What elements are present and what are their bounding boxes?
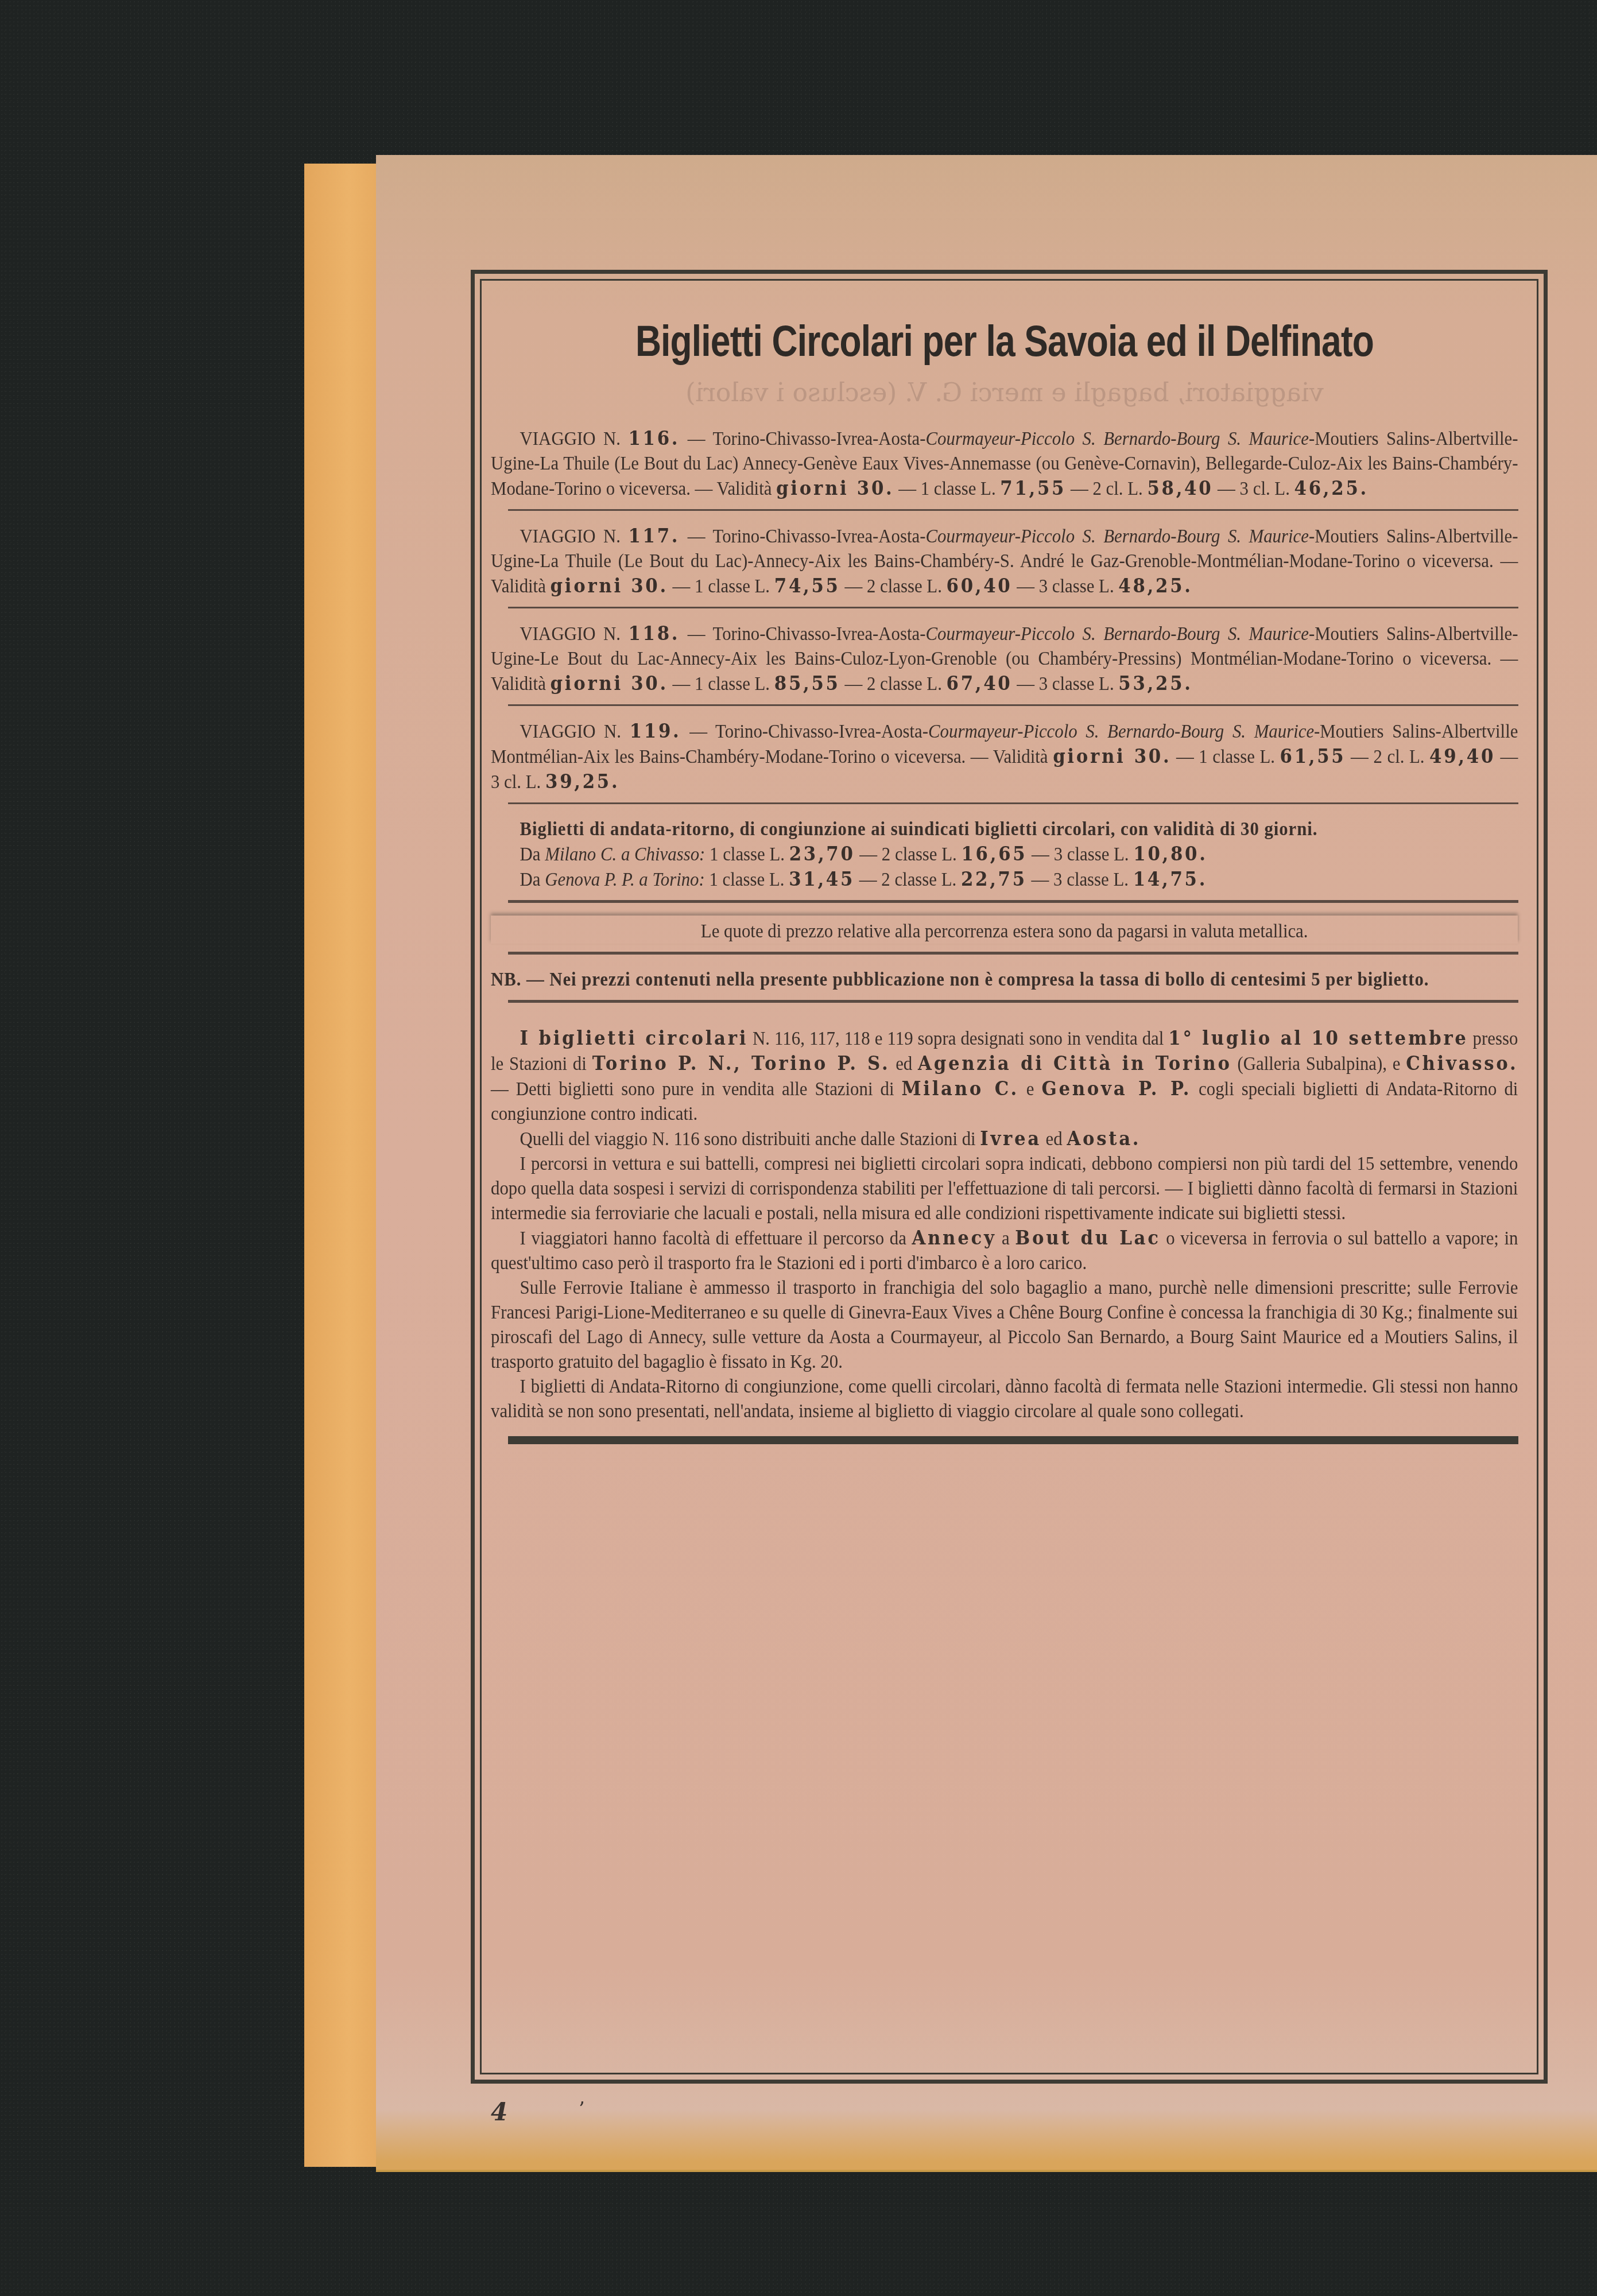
trip-number: 117. <box>628 525 680 547</box>
price-label: 1 classe L. <box>710 869 789 890</box>
price-label: — 1 classe L. <box>668 576 774 597</box>
price-value: 71,55 <box>1000 477 1066 499</box>
paragraph: Quelli del viaggio N. 116 sono distribui… <box>491 1126 1518 1151</box>
trip-entry: VIAGGIO N. 116. — Torino-Chivasso-Ivrea-… <box>491 426 1518 501</box>
price-value: 22,75 <box>961 868 1027 890</box>
divider <box>508 509 1518 511</box>
price-label: — 3 classe L. <box>1032 869 1133 890</box>
trip-validity: giorni 30. <box>1053 745 1171 767</box>
bold-text: Aosta. <box>1067 1127 1141 1150</box>
fare-route: Milano C. a Chivasso: <box>545 844 710 865</box>
bleed-through-text: viaggiatori, bagagli e merci G. V. (escl… <box>491 373 1518 413</box>
price-label: — 2 cl. L. <box>1066 478 1147 499</box>
divider <box>508 607 1518 608</box>
text: I viaggiatori hanno facoltà di effettuar… <box>520 1228 912 1249</box>
trip-validity: giorni 30. <box>551 575 668 597</box>
text: e <box>1019 1079 1042 1100</box>
trip-entry: VIAGGIO N. 117. — Torino-Chivasso-Ivrea-… <box>491 523 1518 599</box>
price-value: 10,80. <box>1133 843 1207 865</box>
valuta-note: Le quote di prezzo relative alla percorr… <box>491 916 1518 944</box>
price-value: 48,25. <box>1118 575 1192 597</box>
bold-text: Genova P. P. <box>1041 1077 1191 1100</box>
page-content: Biglietti Circolari per la Savoia ed il … <box>491 310 1518 1457</box>
text: I biglietti di Andata-Ritorno di congiun… <box>491 1376 1518 1422</box>
text: Quelli del viaggio N. 116 sono distribui… <box>520 1128 980 1150</box>
trip-label: VIAGGIO N. <box>520 428 629 449</box>
fare-from: Da <box>520 869 545 890</box>
price-label: — 1 classe L. <box>894 478 1000 499</box>
price-label: — 3 classe L. <box>1032 844 1133 865</box>
price-value: 23,70 <box>789 843 855 865</box>
text: a <box>997 1228 1015 1249</box>
backing-sheet-edge <box>304 164 379 2167</box>
price-label: — 2 cl. L. <box>1346 746 1429 767</box>
closing-bar <box>508 1436 1518 1444</box>
price-value: 74,55 <box>774 575 840 597</box>
paragraph: I percorsi in vettura e sui battelli, co… <box>491 1151 1518 1225</box>
price-value: 60,40 <box>947 575 1013 597</box>
price-label: — 3 cl. L. <box>1213 478 1294 499</box>
trip-route: — Torino-Chivasso-Ivrea-Aosta- <box>681 721 928 742</box>
price-label: — 1 classe L. <box>668 673 774 695</box>
trip-number: 119. <box>630 720 681 742</box>
bold-text: Ivrea <box>980 1127 1041 1150</box>
trip-label: VIAGGIO N. <box>520 526 629 547</box>
trip-route-italic: Courmayeur-Piccolo S. Bernardo-Bourg S. … <box>926 428 1309 449</box>
fare-from: Da <box>520 844 545 865</box>
ink-mark: ’ <box>579 2098 585 2121</box>
trip-route-italic: Courmayeur-Piccolo S. Bernardo-Bourg S. … <box>926 623 1309 645</box>
paragraph: Sulle Ferrovie Italiane è ammesso il tra… <box>491 1275 1518 1374</box>
bold-text: Torino P. N., Torino P. S. <box>592 1052 890 1075</box>
price-value: 61,55 <box>1280 745 1346 767</box>
trip-route: — Torino-Chivasso-Ivrea-Aosta- <box>680 428 925 449</box>
andata-ritorno-section: Biglietti di andata-ritorno, di congiunz… <box>491 817 1518 892</box>
nb-note: NB. — Nei prezzi contenuti nella present… <box>491 967 1518 992</box>
trip-number: 116. <box>628 427 680 449</box>
price-label: — 2 classe L. <box>859 844 961 865</box>
trip-entry: VIAGGIO N. 119. — Torino-Chivasso-Ivrea-… <box>491 719 1518 794</box>
conditions-text: I biglietti circolari N. 116, 117, 118 e… <box>491 1026 1518 1424</box>
text: N. 116, 117, 118 e 119 sopra designati s… <box>748 1028 1168 1049</box>
divider <box>508 900 1518 903</box>
text: ed <box>890 1053 918 1075</box>
bold-text: Chivasso. <box>1406 1052 1518 1075</box>
trip-route-italic: Courmayeur-Piccolo S. Bernardo-Bourg S. … <box>926 526 1309 547</box>
price-label: — 3 classe L. <box>1012 576 1118 597</box>
nb-note-block: NB. — Nei prezzi contenuti nella present… <box>491 967 1518 992</box>
price-value: 67,40 <box>947 672 1013 695</box>
trip-label: VIAGGIO N. <box>520 623 629 645</box>
trip-route-italic: Courmayeur-Piccolo S. Bernardo-Bourg S. … <box>928 721 1314 742</box>
andata-ritorno-rows: Da Milano C. a Chivasso: 1 classe L. 23,… <box>491 841 1518 892</box>
trip-number: 118. <box>628 622 680 645</box>
text: (Galleria Subalpina), e <box>1232 1053 1406 1075</box>
bold-text: Annecy <box>912 1227 996 1249</box>
trip-validity: giorni 30. <box>776 477 894 499</box>
text: I percorsi in vettura e sui battelli, co… <box>491 1153 1518 1224</box>
price-label: — 2 classe L. <box>840 673 947 695</box>
bold-text: I biglietti circolari <box>520 1027 748 1049</box>
price-value: 39,25. <box>545 770 619 793</box>
paragraph: I biglietti di Andata-Ritorno di congiun… <box>491 1374 1518 1424</box>
text: Sulle Ferrovie Italiane è ammesso il tra… <box>491 1277 1518 1372</box>
trip-route: — Torino-Chivasso-Ivrea-Aosta- <box>680 526 925 547</box>
price-value: 53,25. <box>1118 672 1192 695</box>
fare-route: Genova P. P. a Torino: <box>545 869 709 890</box>
price-label: — 3 classe L. <box>1012 673 1118 695</box>
divider <box>508 1000 1518 1003</box>
text: ed <box>1041 1128 1067 1150</box>
text: — Detti biglietti sono pure in vendita a… <box>491 1079 901 1100</box>
andata-ritorno-heading: Biglietti di andata-ritorno, di congiunz… <box>491 817 1518 841</box>
price-label: — 2 classe L. <box>859 869 961 890</box>
bold-text: Milano C. <box>901 1077 1018 1100</box>
price-label: 1 classe L. <box>710 844 789 865</box>
valuta-note-block: Le quote di prezzo relative alla percorr… <box>491 916 1518 944</box>
fare-row: Da Genova P. P. a Torino: 1 classe L. 31… <box>491 867 1518 892</box>
price-value: 85,55 <box>774 672 840 695</box>
fare-row: Da Milano C. a Chivasso: 1 classe L. 23,… <box>491 841 1518 867</box>
price-label: — 1 classe L. <box>1171 746 1280 767</box>
divider <box>508 802 1518 804</box>
divider <box>508 952 1518 955</box>
price-value: 49,40 <box>1429 745 1495 767</box>
bold-text: 1° luglio al 10 settembre <box>1168 1027 1468 1049</box>
price-value: 14,75. <box>1133 868 1207 890</box>
paragraph: I biglietti circolari N. 116, 117, 118 e… <box>491 1026 1518 1126</box>
price-value: 46,25. <box>1294 477 1369 499</box>
trip-list: VIAGGIO N. 116. — Torino-Chivasso-Ivrea-… <box>491 426 1518 804</box>
page-number: 4 <box>491 2098 507 2126</box>
price-label: — 2 classe L. <box>840 576 947 597</box>
divider <box>508 704 1518 706</box>
price-value: 16,65 <box>961 843 1027 865</box>
bold-text: Agenzia di Città in Torino <box>918 1052 1232 1075</box>
page-title: Biglietti Circolari per la Savoia ed il … <box>583 310 1426 373</box>
trip-validity: giorni 30. <box>551 672 668 695</box>
trip-route: — Torino-Chivasso-Ivrea-Aosta- <box>680 623 925 645</box>
bold-text: Bout du Lac <box>1015 1227 1160 1249</box>
price-value: 31,45 <box>789 868 855 890</box>
paragraph: I viaggiatori hanno facoltà di effettuar… <box>491 1225 1518 1275</box>
price-value: 58,40 <box>1147 477 1213 499</box>
trip-label: VIAGGIO N. <box>520 721 630 742</box>
trip-entry: VIAGGIO N. 118. — Torino-Chivasso-Ivrea-… <box>491 621 1518 696</box>
